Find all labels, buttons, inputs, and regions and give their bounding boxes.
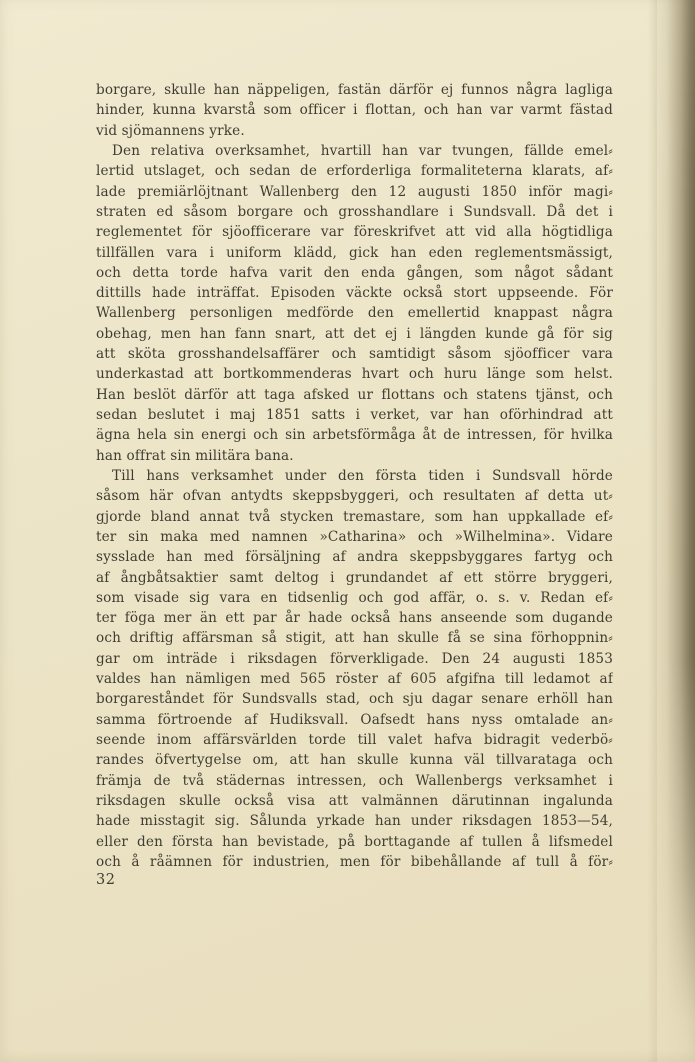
text-line: borgare, skulle han näppeligen, fastän d… (96, 80, 613, 100)
text-line: hinder, kunna kvarstå som officer i flot… (96, 100, 613, 120)
text-line: såsom här ofvan antydts skeppsbyggeri, o… (96, 486, 613, 506)
text-line: lade premiärlöjtnant Wallenberg den 12 a… (96, 182, 613, 202)
book-page: borgare, skulle han näppeligen, fastän d… (0, 0, 695, 1062)
paragraph: borgare, skulle han näppeligen, fastän d… (96, 80, 613, 141)
text-line: ter sin maka med namnen »Catharina» och … (96, 527, 613, 547)
text-line: seende inom affärsvärlden torde till val… (96, 730, 613, 750)
text-line: Den relativa overksamhet, hvartill han v… (96, 141, 613, 161)
text-line: och driftig affärsman så stigit, att han… (96, 628, 613, 648)
text-block: borgare, skulle han näppeligen, fastän d… (96, 80, 613, 872)
text-line: obehag, men han fann snart, att det ej i… (96, 324, 613, 344)
text-line: borgareståndet för Sundsvalls stad, och … (96, 689, 613, 709)
text-line: randes öfvertygelse om, att han skulle k… (96, 750, 613, 770)
text-line: dittills hade inträffat. Episoden väckte… (96, 283, 613, 303)
text-line: ägna hela sin energi och sin arbetsförmå… (96, 425, 613, 445)
page-number: 32 (96, 872, 115, 888)
paragraph: Den relativa overksamhet, hvartill han v… (96, 141, 613, 466)
text-line: att sköta grosshandelsaffärer och samtid… (96, 344, 613, 364)
text-line: Han beslöt därför att taga afsked ur flo… (96, 385, 613, 405)
text-line: gar om inträde i riksdagen förverkligade… (96, 649, 613, 669)
text-line: som visade sig vara en tidsenlig och god… (96, 588, 613, 608)
text-line: och detta torde hafva varit den enda gån… (96, 263, 613, 283)
text-line: sedan beslutet i maj 1851 satts i verket… (96, 405, 613, 425)
text-line: ter föga mer än ett par år hade också ha… (96, 608, 613, 628)
text-line: samma förtroende af Hudiksvall. Oafsedt … (96, 710, 613, 730)
text-line: reglementet för sjöofficerare var föresk… (96, 222, 613, 242)
text-line: riksdagen skulle också visa att valmänne… (96, 791, 613, 811)
page-edge-shadow (651, 0, 695, 1062)
text-line: främja de två städernas intressen, och W… (96, 771, 613, 791)
text-line: underkastad att bortkommenderas hvart oc… (96, 364, 613, 384)
text-line: hade misstagit sig. Sålunda yrkade han u… (96, 811, 613, 831)
text-line: sysslade han med försäljning af andra sk… (96, 547, 613, 567)
text-line: straten ed såsom borgare och grosshandla… (96, 202, 613, 222)
text-line: gjorde bland annat två stycken tremastar… (96, 507, 613, 527)
text-line: eller den första han bevistade, på bortt… (96, 832, 613, 852)
text-line: han offrat sin militära bana. (96, 446, 613, 466)
text-line: lertid utslaget, och sedan de erforderli… (96, 161, 613, 181)
text-line: af ångbåtsaktier samt deltog i grundande… (96, 568, 613, 588)
text-line: vid sjömannens yrke. (96, 121, 613, 141)
paragraph: Till hans verksamhet under den första ti… (96, 466, 613, 872)
text-line: och å råämnen för industrien, men för bi… (96, 852, 613, 872)
text-line: Till hans verksamhet under den första ti… (96, 466, 613, 486)
text-line: valdes han nämligen med 565 röster af 60… (96, 669, 613, 689)
text-line: tillfällen vara i uniform klädd, gick ha… (96, 243, 613, 263)
text-line: Wallenberg personligen medförde den emel… (96, 303, 613, 323)
